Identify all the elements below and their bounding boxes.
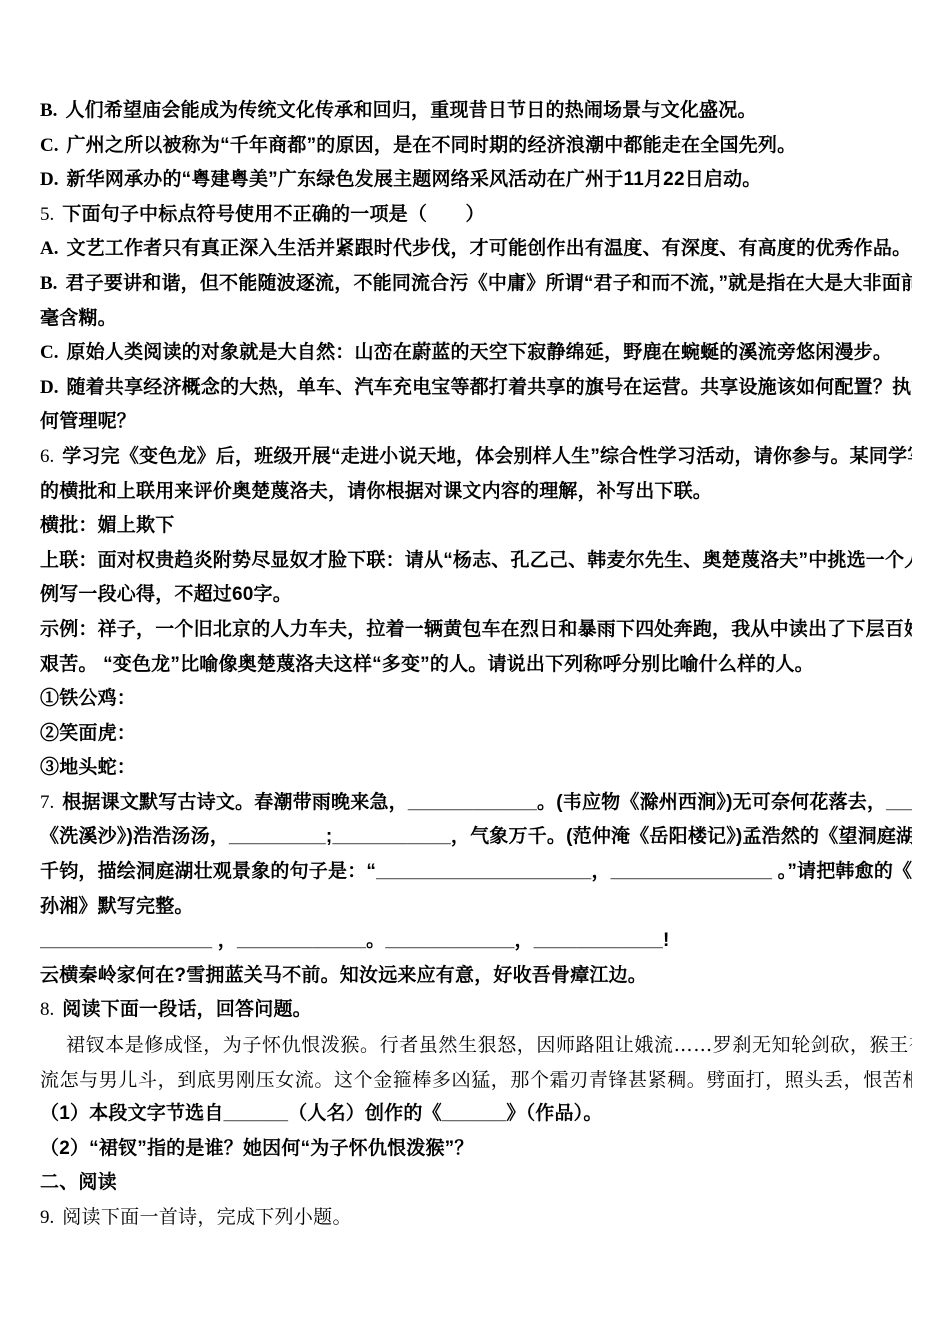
line-text: ①铁公鸡： bbox=[40, 688, 136, 709]
line-text: 文艺工作者只有真正深入生活并紧跟时代步伐，才可能创作出有温度、有深度、有高度的优… bbox=[66, 238, 911, 259]
line-text: 下面句子中标点符号使用不正确的一项是（ ） bbox=[62, 204, 484, 225]
document-line: ③地头蛇： bbox=[40, 751, 912, 786]
line-text: 孙湘》默写完整。 bbox=[40, 896, 194, 917]
document-line: 5.下面句子中标点符号使用不正确的一项是（ ） bbox=[40, 198, 912, 233]
line-text: 二、阅读 bbox=[40, 1172, 117, 1193]
question-marker: 6. bbox=[40, 446, 62, 467]
line-text: （2）“裙钗”指的是谁？她因何“为子怀仇恨泼猴”？ bbox=[40, 1138, 474, 1159]
document-line: （2）“裙钗”指的是谁？她因何“为子怀仇恨泼猴”？ bbox=[40, 1132, 912, 1167]
document-line: B.人们希望庙会能成为传统文化传承和回归，重现昔日节日的热闹场景与文化盛况。 bbox=[40, 94, 912, 129]
line-text: 原始人类阅读的对象就是大自然：山峦在蔚蓝的天空下寂静绵延，野鹿在蜿蜒的溪流旁悠闲… bbox=[66, 342, 892, 363]
exam-page: B.人们希望庙会能成为传统文化传承和回归，重现昔日节日的热闹场景与文化盛况。C.… bbox=[0, 0, 950, 1344]
line-text: 上联：面对权贵趋炎附势尽显奴才脸下联：请从“杨志、孔乙己、韩麦尔先生、奥楚蔑洛夫… bbox=[40, 550, 912, 571]
line-text: 例写一段心得，不超过60字。 bbox=[40, 584, 292, 605]
document-line: 流怎与男儿斗，到底男刚压女流。这个金箍棒多凶猛，那个霜刃青锋甚紧稠。劈面打，照头… bbox=[40, 1063, 912, 1098]
line-text: 阅读下面一首诗，完成下列小题。 bbox=[62, 1207, 352, 1228]
document-line: C.广州之所以被称为“千年商都”的原因，是在不同时期的经济浪潮中都能走在全国先列… bbox=[40, 129, 912, 164]
question-marker: C. bbox=[40, 135, 66, 156]
question-marker: D. bbox=[40, 169, 66, 190]
question-marker: 9. bbox=[40, 1207, 62, 1228]
line-text: ②笑面虎： bbox=[40, 723, 136, 744]
document-line: 横批：媚上欺下 bbox=[40, 509, 912, 544]
document-line: 何管理呢？ bbox=[40, 405, 912, 440]
document-line: 《洗溪沙》)浩浩汤汤，_________;___________，气象万千。(范… bbox=[40, 820, 912, 855]
line-text: 示例：祥子，一个旧北京的人力车夫，拉着一辆黄包车在烈日和暴雨下四处奔跑，我从中读… bbox=[40, 619, 912, 640]
question-marker: 5. bbox=[40, 204, 62, 225]
document-line: 上联：面对权贵趋炎附势尽显奴才脸下联：请从“杨志、孔乙己、韩麦尔先生、奥楚蔑洛夫… bbox=[40, 544, 912, 579]
line-text: 毫含糊。 bbox=[40, 308, 117, 329]
line-text: ________________ ，____________。_________… bbox=[40, 930, 670, 951]
question-marker: B. bbox=[40, 273, 65, 294]
document-line: 7.根据课文默写古诗文。春潮带雨晚来急，____________。(韦应物《滁州… bbox=[40, 786, 912, 821]
line-text: 《洗溪沙》)浩浩汤汤，_________;___________，气象万千。(范… bbox=[40, 826, 912, 847]
line-text: （1）本段文字节选自______（人名）创作的《______》（作品）。 bbox=[40, 1103, 603, 1124]
document-line: 裙钗本是修成怪，为子怀仇恨泼猴。行者虽然生狠怒，因师路阻让娥流……罗刹无知轮剑砍… bbox=[40, 1028, 912, 1063]
line-text: 云横秦岭家何在?雪拥蓝关马不前。知汝远来应有意，好收吾骨瘴江边。 bbox=[40, 965, 647, 986]
document-line: B.君子要讲和谐，但不能随波逐流，不能同流合污《中庸》所谓“君子和而不流，”就是… bbox=[40, 267, 912, 302]
document-line: 9.阅读下面一首诗，完成下列小题。 bbox=[40, 1201, 912, 1236]
line-text: 君子要讲和谐，但不能随波逐流，不能同流合污《中庸》所谓“君子和而不流，”就是指在… bbox=[65, 273, 912, 294]
line-text: 流怎与男儿斗，到底男刚压女流。这个金箍棒多凶猛，那个霜刃青锋甚紧稠。劈面打，照头… bbox=[40, 1069, 912, 1091]
line-text: 阅读下面一段话，回答问题。 bbox=[62, 999, 312, 1020]
question-marker: 7. bbox=[40, 792, 62, 813]
document-line: 6.学习完《变色龙》后，班级开展“走进小说天地，体会别样人生”综合性学习活动，请… bbox=[40, 440, 912, 475]
line-text: 学习完《变色龙》后，班级开展“走进小说天地，体会别样人生”综合性学习活动，请你参… bbox=[62, 446, 912, 467]
line-text: 艰苦。 “变色龙”比喻像奥楚蔑洛夫这样“多变”的人。请说出下列称呼分别比喻什么样… bbox=[40, 654, 814, 675]
question-marker: D. bbox=[40, 377, 66, 398]
line-text: 随着共享经济概念的大热，单车、汽车充电宝等都打着共享的旗号在运营。共享设施该如何… bbox=[66, 377, 912, 398]
document-line: 例写一段心得，不超过60字。 bbox=[40, 578, 912, 613]
document-line: ②笑面虎： bbox=[40, 717, 912, 752]
question-marker: 8. bbox=[40, 999, 62, 1020]
line-text: 根据课文默写古诗文。春潮带雨晚来急，____________。(韦应物《滁州西涧… bbox=[62, 792, 912, 813]
question-marker: B. bbox=[40, 100, 65, 121]
line-text: 裙钗本是修成怪，为子怀仇恨泼猴。行者虽然生狠怒，因师路阻让娥流……罗刹无知轮剑砍… bbox=[66, 1034, 912, 1056]
document-line: 二、阅读 bbox=[40, 1166, 912, 1201]
document-line: ①铁公鸡： bbox=[40, 682, 912, 717]
question-marker: C. bbox=[40, 342, 66, 363]
document-line: 的横批和上联用来评价奥楚蔑洛夫，请你根据对课文内容的理解，补写出下联。 bbox=[40, 475, 912, 510]
line-text: ③地头蛇： bbox=[40, 757, 136, 778]
document-line: （1）本段文字节选自______（人名）创作的《______》（作品）。 bbox=[40, 1097, 912, 1132]
line-text: 人们希望庙会能成为传统文化传承和回归，重现昔日节日的热闹场景与文化盛况。 bbox=[65, 100, 756, 121]
document-line: 毫含糊。 bbox=[40, 302, 912, 337]
line-text: 千钧，描绘洞庭湖壮观景象的句子是：“____________________，_… bbox=[40, 861, 912, 882]
document-line: C.原始人类阅读的对象就是大自然：山峦在蔚蓝的天空下寂静绵延，野鹿在蜿蜒的溪流旁… bbox=[40, 336, 912, 371]
document-line: 8.阅读下面一段话，回答问题。 bbox=[40, 993, 912, 1028]
document-body: B.人们希望庙会能成为传统文化传承和回归，重现昔日节日的热闹场景与文化盛况。C.… bbox=[40, 94, 912, 1236]
document-line: D.新华网承办的“粤建粤美”广东绿色发展主题网络采风活动在广州于11月22日启动… bbox=[40, 163, 912, 198]
document-line: 孙湘》默写完整。 bbox=[40, 890, 912, 925]
line-text: 的横批和上联用来评价奥楚蔑洛夫，请你根据对课文内容的理解，补写出下联。 bbox=[40, 481, 712, 502]
document-line: 千钧，描绘洞庭湖壮观景象的句子是：“____________________，_… bbox=[40, 855, 912, 890]
document-line: ________________ ，____________。_________… bbox=[40, 924, 912, 959]
document-line: A.文艺工作者只有真正深入生活并紧跟时代步伐，才可能创作出有温度、有深度、有高度… bbox=[40, 232, 912, 267]
document-line: 艰苦。 “变色龙”比喻像奥楚蔑洛夫这样“多变”的人。请说出下列称呼分别比喻什么样… bbox=[40, 648, 912, 683]
line-text: 广州之所以被称为“千年商都”的原因，是在不同时期的经济浪潮中都能走在全国先列。 bbox=[66, 135, 796, 156]
line-text: 新华网承办的“粤建粤美”广东绿色发展主题网络采风活动在广州于11月22日启动。 bbox=[66, 169, 761, 190]
line-text: 横批：媚上欺下 bbox=[40, 515, 174, 536]
document-line: 示例：祥子，一个旧北京的人力车夫，拉着一辆黄包车在烈日和暴雨下四处奔跑，我从中读… bbox=[40, 613, 912, 648]
line-text: 何管理呢？ bbox=[40, 411, 136, 432]
document-line: D.随着共享经济概念的大热，单车、汽车充电宝等都打着共享的旗号在运营。共享设施该… bbox=[40, 371, 912, 406]
question-marker: A. bbox=[40, 238, 66, 259]
document-line: 云横秦岭家何在?雪拥蓝关马不前。知汝远来应有意，好收吾骨瘴江边。 bbox=[40, 959, 912, 994]
